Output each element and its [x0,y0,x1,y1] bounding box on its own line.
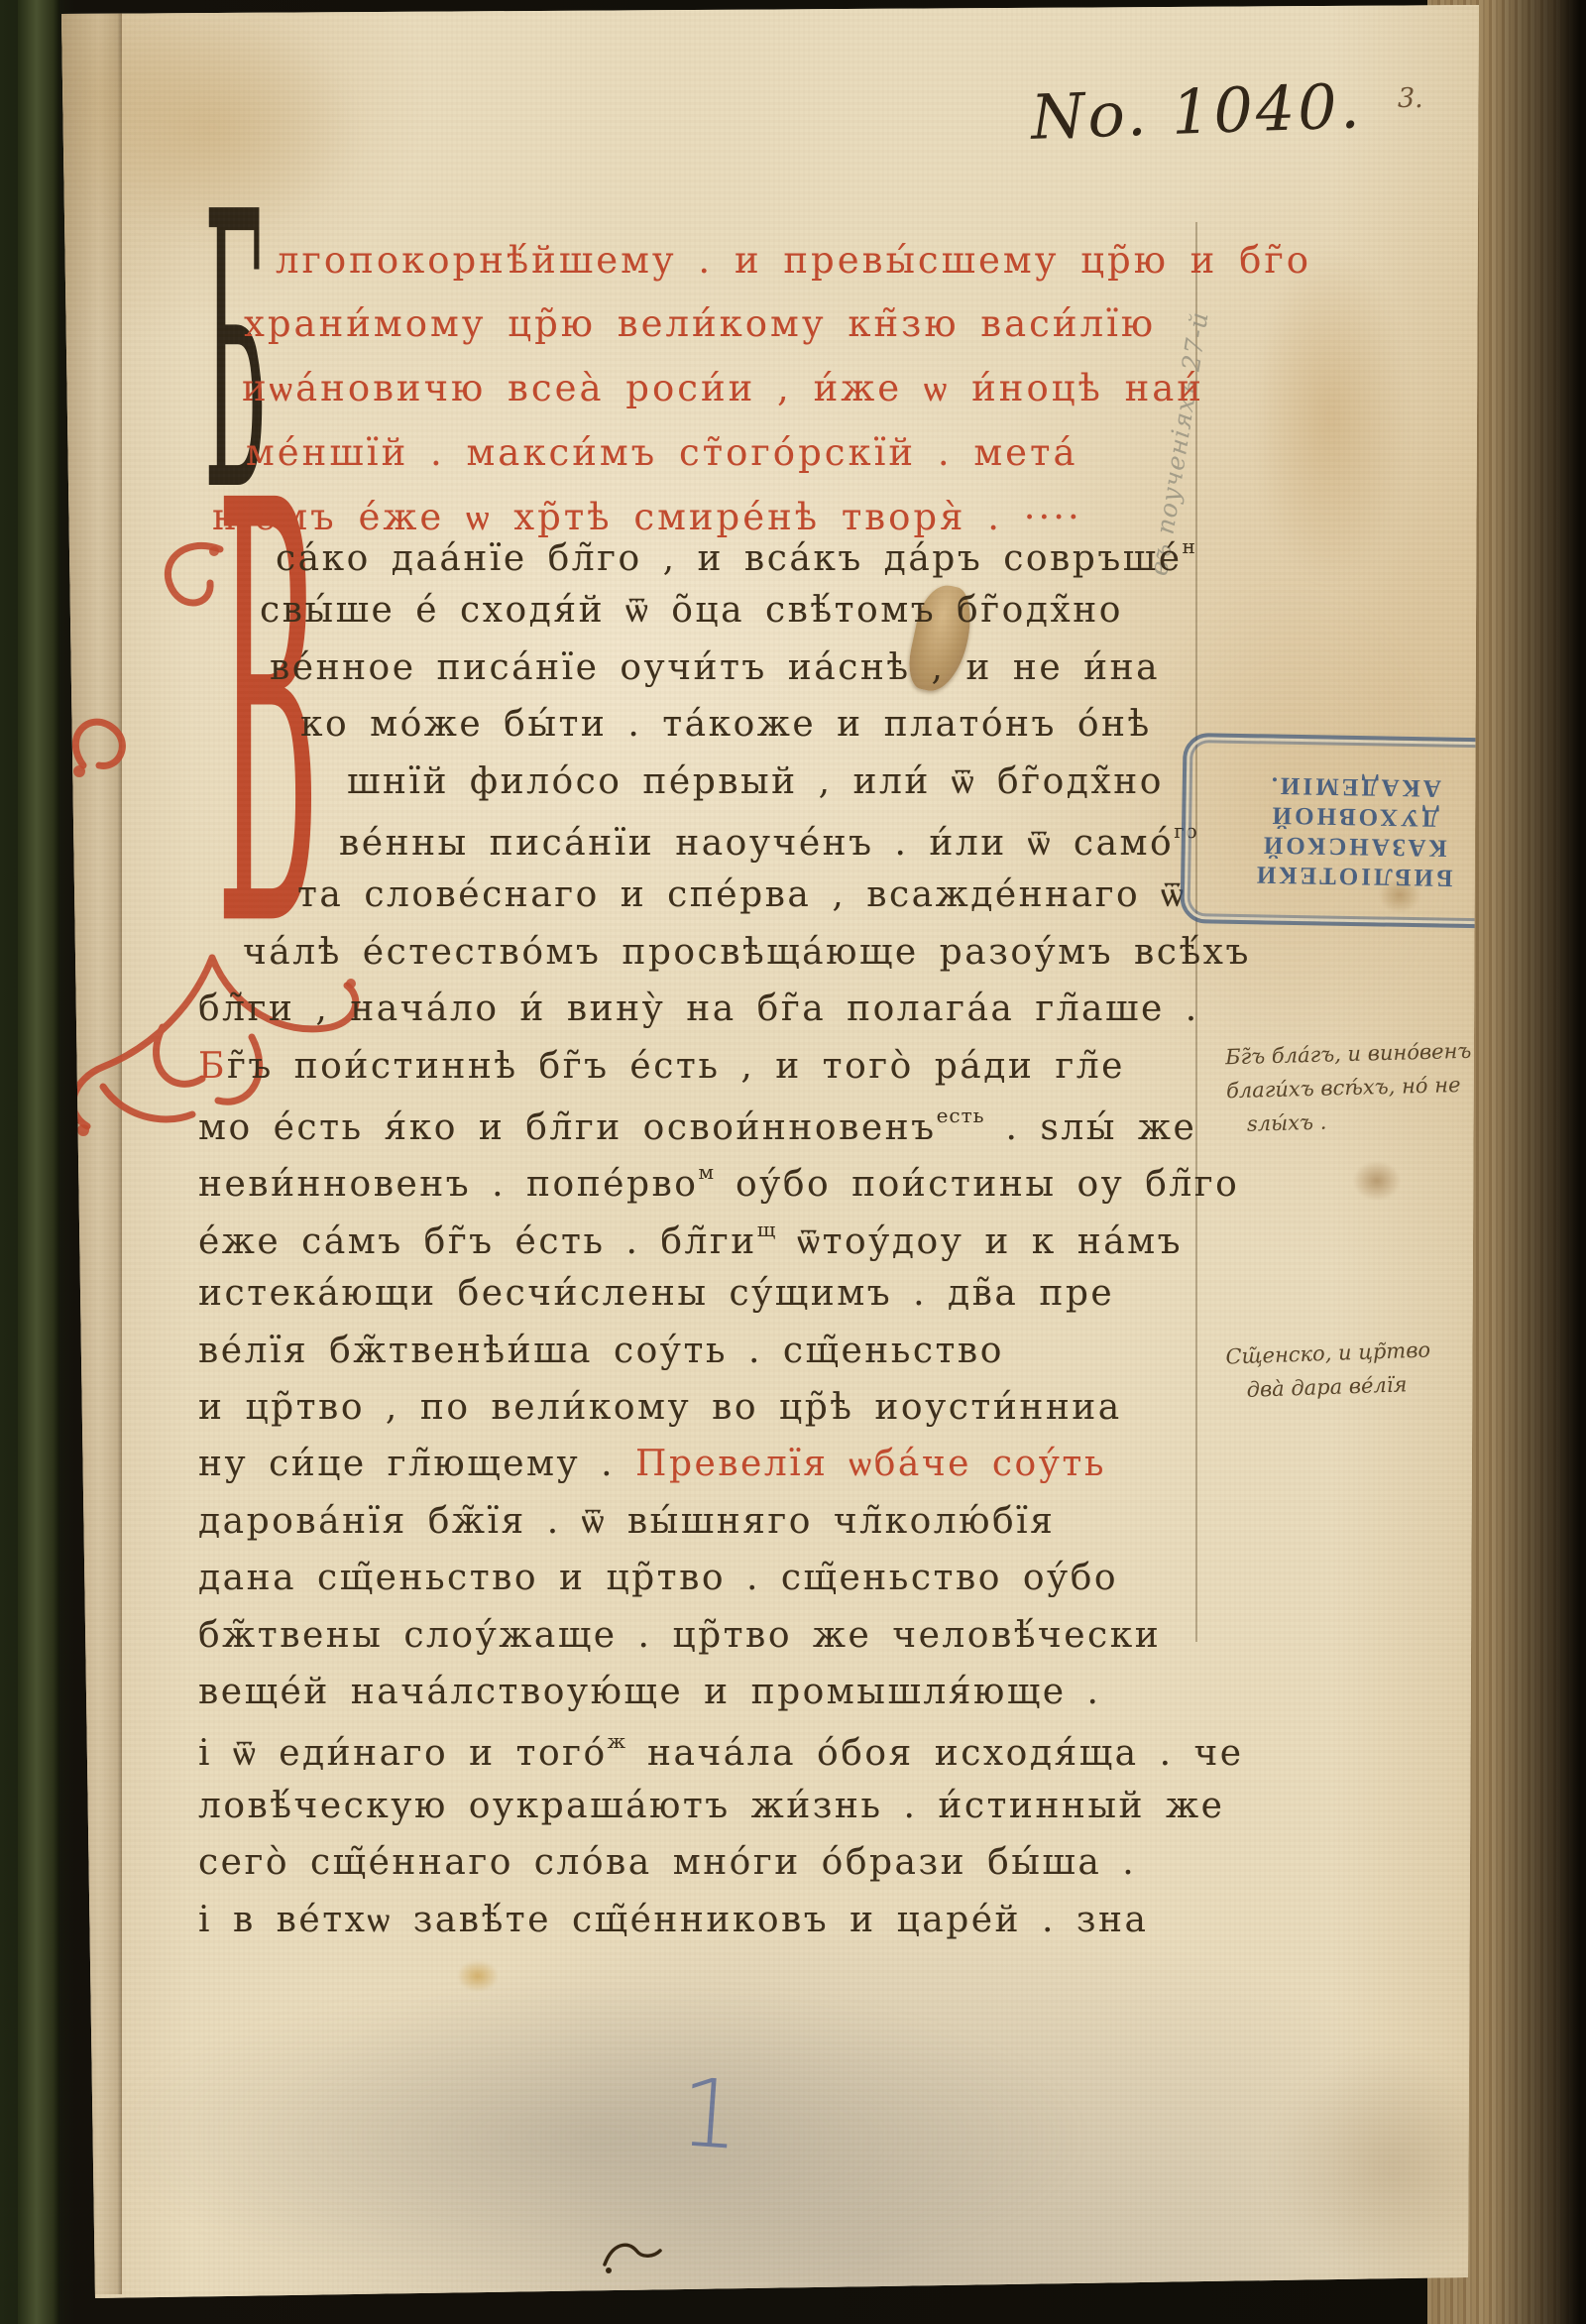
ink-segment: шнїй фило́со пе́рвый , или́ ѿ бг̃одх̃но [347,761,1164,802]
margin-note-line: благи́хъ всѣ́хъ, но́ не [1226,1068,1473,1107]
ink-segment: нача́ла о́боя исходя́ща . че [626,1733,1244,1774]
ink-segment: . ѕлы́ же [985,1107,1197,1148]
heading-line: иѡа́новичю всеа̀ роси́и , и́же ѡ и́ноцѣ … [242,370,1204,407]
stain [458,1961,498,1991]
ink-segment: бж̃твены слоу́жаще . цр̃тво же человѣ́че… [198,1615,1161,1656]
heading-line: нїемъ е́же ѡ хр̃тѣ смире́нѣ творя̀ . ···… [212,499,1082,535]
text-line: истека́ющи бесчи́слены су́щимъ . дв̃а пр… [198,1276,1114,1312]
ink-segment: оу́бо пои́стины оу бл̃го [715,1164,1239,1205]
text-line: са́ко даа́нїе бл̃го , и вса́къ да́ръ сов… [276,536,1196,577]
ink-segment: г̃ъ пои́стиннѣ бг̃ъ е́сть , и того̀ ра́д… [227,1046,1125,1087]
stain [1354,1162,1400,1200]
book-cover-edge [18,0,59,2324]
rubric-segment: Б [198,1046,227,1087]
ink-segment: і ѿ еди́наго и того́ [198,1733,608,1774]
margin-note-line: ѕлы́хъ . [1226,1102,1473,1141]
ink-segment: щ [757,1218,777,1241]
ink-segment: ча́лѣ е́стество́мъ просвѣща́юще разоу́мъ… [243,932,1251,973]
stamp-line: БИБЛІОТЕКИ [1254,859,1453,891]
archival-number: No. 1040. [1030,69,1364,154]
text-line: Бг̃ъ пои́стиннѣ бг̃ъ е́сть , и того̀ ра́… [198,1049,1125,1085]
ink-segment: ну си́це гл̃ющему . [198,1444,635,1484]
ink-segment: мо е́сть я́ко и бл̃ги освои́нновенъ [198,1107,937,1148]
ink-segment: свы́ше е́ сходя́й ѿ о̃ца свѣ́томъ бг̃одх… [260,590,1123,631]
ink-segment: сего̀ сщ̃е́ннаго сло́ва мно́ги о́брази б… [198,1842,1136,1883]
text-line: і в ве́тхѡ завѣ́те сщ̃е́нниковъ и царе́й… [198,1903,1148,1938]
text-line: бж̃твены слоу́жаще . цр̃тво же человѣ́че… [198,1618,1161,1654]
manuscript-page: No. 1040. 3. въ поученіяхъ 27-й Б лгопок… [0,0,1586,2324]
rubric-segment: Превелїя ѡба́че соу́ть [635,1444,1106,1484]
text-line: дана сщ̃еньство и цр̃тво . сщ̃еньство оу… [198,1561,1118,1596]
text-line: ловѣ́ческую оукраша́ютъ жи́знь . и́стинн… [198,1789,1224,1824]
ink-squiggle [599,2231,668,2276]
ink-segment: ве́нное писа́нїе оучи́тъ иа́снѣ , и не и… [270,647,1160,688]
heading-line: лгопокорнѣ́йшему . и превы́сшему цр̃ю и … [276,242,1311,279]
ink-segment: есть [937,1104,985,1127]
text-line: свы́ше е́ сходя́й ѿ о̃ца свѣ́томъ бг̃одх… [260,593,1123,629]
margin-note-line: два̀ дара ве́лїя [1226,1366,1432,1407]
ink-segment: дарова́нїя бж̃їя . ѿ вы́шняго чл̃колю́бї… [198,1501,1055,1542]
ink-segment: истека́ющи бесчи́слены су́щимъ . дв̃а пр… [198,1273,1114,1314]
text-line: бл̃ги , нача́ло и́ вину̀ на бг̃а полага́… [198,991,1199,1027]
ink-segment: ве́лїя бж̃твенѣи́ша соу́ть . сщ̃еньство [198,1331,1004,1371]
ink-segment: та слове́снаго и спе́рва , всажде́ннаго … [297,874,1186,915]
ink-segment: н [1183,534,1196,558]
text-line: ну си́це гл̃ющему . Превелїя ѡба́че соу́… [198,1447,1106,1482]
text-line: і ѿ еди́наго и того́ж нача́ла о́боя исхо… [198,1731,1244,1772]
ink-segment: ѿтоу́доу и к на́мъ [776,1221,1183,1262]
text-line: и цр̃тво , по вели́кому во цр̃ѣ иоусти́н… [198,1390,1122,1426]
margin-note: Бг̃ъ бла́гъ, и вино́венъ благи́хъ всѣ́хъ… [1225,1034,1474,1141]
ink-segment: бл̃ги , нача́ло и́ вину̀ на бг̃а полага́… [198,988,1199,1029]
ink-segment: ловѣ́ческую оукраша́ютъ жи́знь . и́стинн… [198,1786,1224,1826]
text-line: ве́нное писа́нїе оучи́тъ иа́снѣ , и не и… [270,650,1160,686]
stain [1251,248,1410,585]
manuscript-photo: No. 1040. 3. въ поученіяхъ 27-й Б лгопок… [0,0,1586,2324]
text-line: ча́лѣ е́стество́мъ просвѣща́юще разоу́мъ… [243,935,1251,971]
ink-segment: і в ве́тхѡ завѣ́те сщ̃е́нниковъ и царе́й… [198,1900,1148,1940]
text-line: неви́нновенъ . попе́рвом оу́бо пои́стины… [198,1162,1239,1203]
stain [99,1983,1090,2290]
ink-segment: са́ко даа́нїе бл̃го , и вса́къ да́ръ сов… [276,538,1183,579]
text-line: мо е́сть я́ко и бл̃ги освои́нновенъесть … [198,1105,1196,1146]
ink-segment: веще́й нача́лствоую́ще и промышля́юще . [198,1672,1101,1712]
text-line: та слове́снаго и спе́рва , всажде́ннаго … [297,877,1186,913]
text-line: ко мо́же бы́ти . та́коже и плато́нъ о́нѣ [300,707,1152,743]
text-line: дарова́нїя бж̃їя . ѿ вы́шняго чл̃колю́бї… [198,1504,1055,1540]
text-line: веще́й нача́лствоую́ще и промышля́юще . [198,1675,1101,1710]
stamp-line: АКАДЕМІИ. [1268,769,1441,802]
text-line: шнїй фило́со пе́рвый , или́ ѿ бг̃одх̃но [347,764,1164,800]
stamp-line: ДУХОВНОЙ [1269,800,1439,833]
heading-line: храни́мому цр̃ю вели́кому кн̃зю васи́лїю [244,305,1156,342]
heading-line: ме́ншїй . макси́мъ ст̃ого́рскїй . мета́ [246,434,1078,471]
ink-segment: е́же са́мъ бг̃ъ е́сть . бл̃ги [198,1221,757,1262]
folio-number: 3. [1398,83,1423,114]
text-line: сего̀ сщ̃е́ннаго сло́ва мно́ги о́брази б… [198,1845,1136,1881]
ink-segment: ж [608,1729,626,1753]
text-line: ве́нны писа́нїи наоуче́нъ . и́ли ѿ само́… [339,821,1198,862]
ink-segment: ко мо́же бы́ти . та́коже и плато́нъ о́нѣ [300,704,1152,745]
ink-segment: и цр̃тво , по вели́кому во цр̃ѣ иоусти́н… [198,1387,1122,1428]
stamp-line: КАЗАНСКОЙ [1261,829,1447,862]
text-line: е́же са́мъ бг̃ъ е́сть . бл̃гищ ѿтоу́доу … [198,1220,1183,1260]
ink-segment: дана сщ̃еньство и цр̃тво . сщ̃еньство оу… [198,1558,1118,1598]
pencil-page-number: 1 [676,2058,743,2171]
ink-segment: ве́нны писа́нїи наоуче́нъ . и́ли ѿ само́ [339,823,1174,864]
text-line: ве́лїя бж̃твенѣи́ша соу́ть . сщ̃еньство [198,1334,1004,1369]
ink-segment: м [698,1160,715,1184]
margin-note: Сщ̃енско, и цр̃тво два̀ дара ве́лїя [1225,1333,1432,1407]
ink-segment: неви́нновенъ . попе́рво [198,1164,698,1205]
